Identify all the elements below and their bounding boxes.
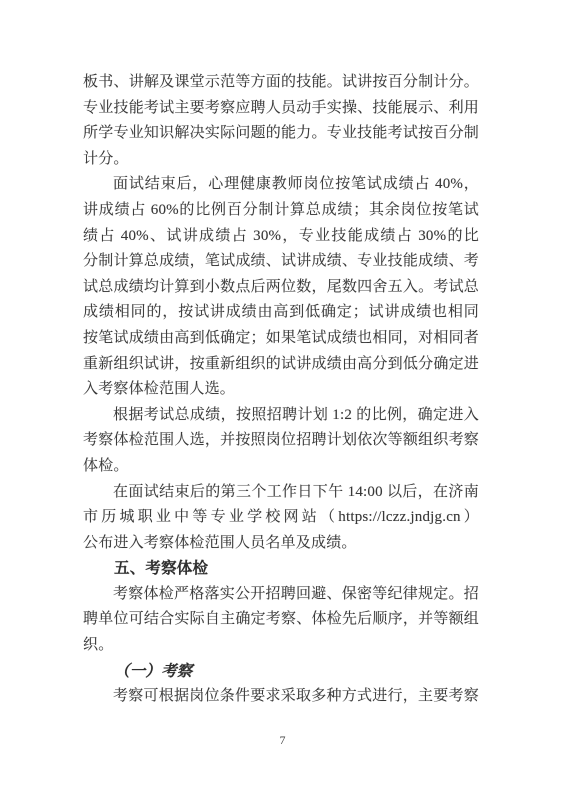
subsection-heading: （一）考察	[83, 659, 479, 685]
text-line: 考察体检范围人选，并按照岗位招聘计划依次等额组织考察	[83, 428, 479, 454]
text-line: 体检。	[83, 454, 479, 480]
page-number: 7	[0, 733, 565, 748]
text-line: 板书、讲解及课堂示范等方面的技能。试讲按百分制计分。	[83, 70, 479, 96]
document-text: 板书、讲解及课堂示范等方面的技能。试讲按百分制计分。 专业技能考试主要考察应聘人…	[83, 70, 479, 710]
text-line: 分制计算总成绩，笔试成绩、试讲成绩、专业技能成绩、考	[83, 249, 479, 275]
text-line: 在面试结束后的第三个工作日下午 14:00 以后，在济南	[83, 480, 479, 506]
text-line: 重新组织试讲，按重新组织的试讲成绩由高分到低分确定进	[83, 352, 479, 378]
text-line-url: 市历城职业中等专业学校网站（https://lczz.jndjg.cn）	[83, 505, 479, 531]
text-line: 织。	[83, 633, 479, 659]
text-line: 聘单位可结合实际自主确定考察、体检先后顺序，并等额组	[83, 607, 479, 633]
text-line: 按笔试成绩由高到低确定；如果笔试成绩也相同，对相同者	[83, 326, 479, 352]
text-line: 绩占 40%、试讲成绩占 30%，专业技能成绩占 30%的比例，百	[83, 224, 479, 250]
text-line: 根据考试总成绩，按照招聘计划 1:2 的比例，确定进入	[83, 403, 479, 429]
text-line: 所学专业知识解决实际问题的能力。专业技能考试按百分制	[83, 121, 479, 147]
document-page: 板书、讲解及课堂示范等方面的技能。试讲按百分制计分。 专业技能考试主要考察应聘人…	[0, 0, 565, 800]
text-line: 考察可根据岗位条件要求采取多种方式进行，主要考察	[83, 684, 479, 710]
text-line: 考察体检严格落实公开招聘回避、保密等纪律规定。招	[83, 582, 479, 608]
text-line: 试总成绩均计算到小数点后两位数，尾数四舍五入。考试总	[83, 275, 479, 301]
text-line: 讲成绩占 60%的比例百分制计算总成绩；其余岗位按笔试成	[83, 198, 479, 224]
text-line: 成绩相同的，按试讲成绩由高到低确定；试讲成绩也相同的，	[83, 300, 479, 326]
text-line: 专业技能考试主要考察应聘人员动手实操、技能展示、利用	[83, 96, 479, 122]
text-line: 面试结束后，心理健康教师岗位按笔试成绩占 40%，试	[83, 172, 479, 198]
section-heading: 五、考察体检	[83, 556, 479, 582]
text-line: 计分。	[83, 147, 479, 173]
text-line: 入考察体检范围人选。	[83, 377, 479, 403]
text-line: 公布进入考察体检范围人员名单及成绩。	[83, 531, 479, 557]
